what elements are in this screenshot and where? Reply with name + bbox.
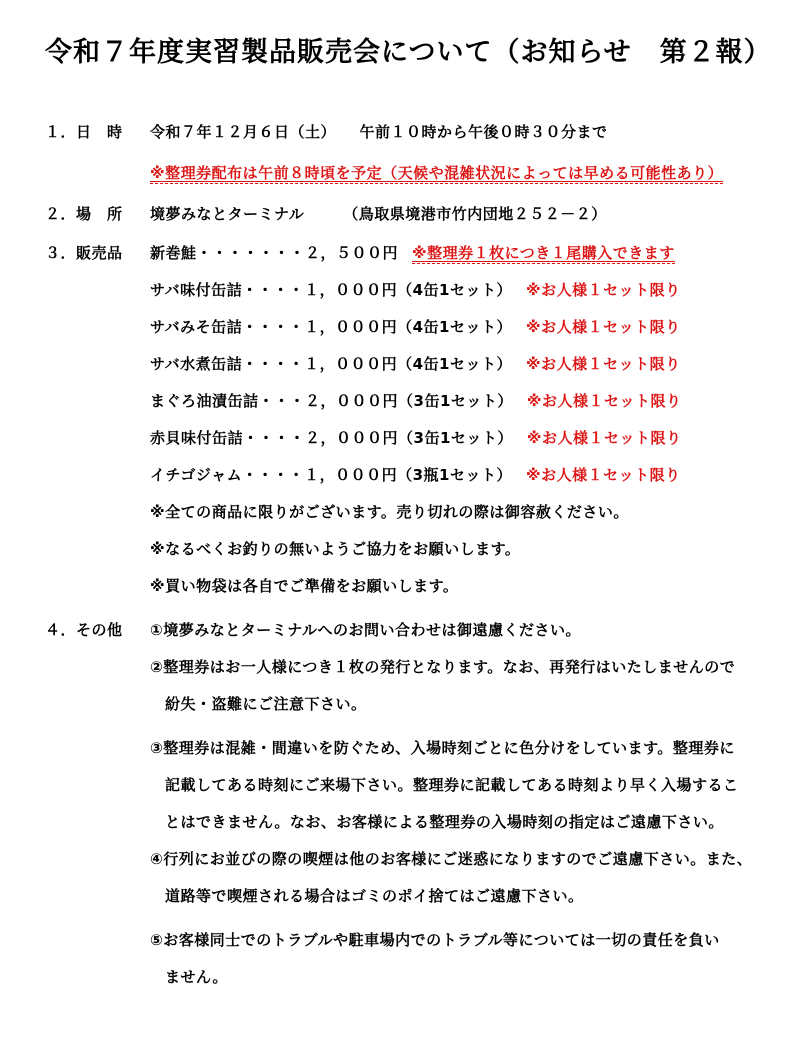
other-item-continuation-line: ません。 (150, 959, 764, 996)
section-datetime: １．日 時 令和７年１２月６日（土） 午前１０時から午後０時３０分まで ※整理券… (45, 112, 764, 194)
product-general-note: ※全ての商品に限りがございます。売り切れの際は御容赦ください。 (150, 494, 764, 531)
product-name-price: イチゴジャム・・・・１，０００円（3瓶1セット） (150, 466, 512, 484)
other-item-line: ②整理券はお一人様につき１枚の発行となります。なお、再発行はいたしませんので (150, 649, 764, 686)
section-products: ３．販売品 新巻鮭・・・・・・・２，５００円※整理券１枚につき１尾購入できます … (45, 235, 764, 605)
other-item-continuation-line: 紛失・盗難にご注意下さい。 (150, 686, 764, 723)
product-name-price: サバみそ缶詰・・・・１，０００円（4缶1セット） (150, 318, 512, 336)
product-line: イチゴジャム・・・・１，０００円（3瓶1セット）※お人様１セット限り (150, 457, 764, 494)
other-item-continuation-line: 記載してある時刻にご来場下さい。整理券に記載してある時刻より早く入場するこ (150, 767, 764, 804)
section-place-label: ２．場 所 (45, 194, 150, 235)
other-item-continuation-line: 道路等で喫煙される場合はゴミのポイ捨てはご遠慮下さい。 (150, 878, 764, 915)
other-item-line: ④行列にお並びの際の喫煙は他のお客様にご迷惑になりますのでご遠慮下さい。また、 (150, 841, 764, 878)
product-note-red-text: ※お人様１セット限り (527, 429, 682, 447)
section-place-content: 境夢みなとターミナル （鳥取県境港市竹内団地２５２－２） (150, 194, 764, 235)
product-note-red-text: ※お人様１セット限り (526, 355, 681, 373)
product-name-price: サバ味付缶詰・・・・１，０００円（4缶1セット） (150, 281, 512, 299)
other-item-line: ⑤お客様同士でのトラブルや駐車場内でのトラブル等については一切の責任を負い (150, 922, 764, 959)
other-item-continuation-line: とはできません。なお、お客様による整理券の入場時刻の指定はご遠慮下さい。 (150, 804, 764, 841)
product-note-red-text: ※お人様１セット限り (527, 392, 682, 410)
product-name-price: サバ水煮缶詰・・・・１，０００円（4缶1セット） (150, 355, 512, 373)
datetime-value: 令和７年１２月６日（土） 午前１０時から午後０時３０分まで (150, 112, 764, 153)
product-name-price: 赤貝味付缶詰・・・・２，０００円（3缶1セット） (150, 429, 513, 447)
product-note-red-text: ※お人様１セット限り (526, 318, 681, 336)
section-place: ２．場 所 境夢みなとターミナル （鳥取県境港市竹内団地２５２－２） (45, 194, 764, 235)
section-other: ４．その他 ①境夢みなとターミナルへのお問い合わせは御遠慮ください。 ②整理券は… (45, 612, 764, 996)
product-line: 赤貝味付缶詰・・・・２，０００円（3缶1セット）※お人様１セット限り (150, 420, 764, 457)
section-datetime-content: 令和７年１２月６日（土） 午前１０時から午後０時３０分まで ※整理券配布は午前８… (150, 112, 764, 194)
section-products-label: ３．販売品 (45, 235, 150, 272)
section-other-label: ４．その他 (45, 612, 150, 649)
datetime-note-line: ※整理券配布は午前８時頃を予定（天候や混雑状況によっては早める可能性あり） (150, 153, 764, 194)
product-line: サバみそ缶詰・・・・１，０００円（4缶1セット）※お人様１セット限り (150, 309, 764, 346)
product-general-notes: ※全ての商品に限りがございます。売り切れの際は御容赦ください。 ※なるべくお釣り… (150, 494, 764, 605)
section-datetime-label: １．日 時 (45, 112, 150, 153)
product-line: サバ水煮缶詰・・・・１，０００円（4缶1セット）※お人様１セット限り (150, 346, 764, 383)
place-value: 境夢みなとターミナル （鳥取県境港市竹内団地２５２－２） (150, 194, 764, 235)
product-line: まぐろ油漬缶詰・・・２，０００円（3缶1セット）※お人様１セット限り (150, 383, 764, 420)
product-general-note: ※買い物袋は各自でご準備をお願いします。 (150, 568, 764, 605)
product-line: 新巻鮭・・・・・・・２，５００円※整理券１枚につき１尾購入できます (150, 235, 764, 272)
other-item-line: ③整理券は混雑・間違いを防ぐため、入場時刻ごとに色分けをしています。整理券に (150, 730, 764, 767)
product-general-note: ※なるべくお釣りの無いようご協力をお願いします。 (150, 531, 764, 568)
product-note-red-text: ※お人様１セット限り (526, 466, 681, 484)
page-title: 令和７年度実習製品販売会について（お知らせ 第２報） (45, 36, 764, 70)
datetime-note-red-text: ※整理券配布は午前８時頃を予定（天候や混雑状況によっては早める可能性あり） (150, 164, 723, 184)
product-name-price: 新巻鮭・・・・・・・２，５００円 (150, 244, 398, 262)
other-item-line: ①境夢みなとターミナルへのお問い合わせは御遠慮ください。 (150, 612, 764, 649)
product-note-red-text: ※お人様１セット限り (526, 281, 681, 299)
notice-document-page: 令和７年度実習製品販売会について（お知らせ 第２報） １．日 時 令和７年１２月… (0, 0, 800, 1041)
product-note-red-text: ※整理券１枚につき１尾購入できます (412, 244, 675, 264)
section-products-content: 新巻鮭・・・・・・・２，５００円※整理券１枚につき１尾購入できます サバ味付缶詰… (150, 235, 764, 605)
document-body: 令和７年度実習製品販売会について（お知らせ 第２報） １．日 時 令和７年１２月… (0, 36, 800, 996)
product-line: サバ味付缶詰・・・・１，０００円（4缶1セット）※お人様１セット限り (150, 272, 764, 309)
document-content: １．日 時 令和７年１２月６日（土） 午前１０時から午後０時３０分まで ※整理券… (45, 112, 764, 996)
product-name-price: まぐろ油漬缶詰・・・２，０００円（3缶1セット） (150, 392, 513, 410)
section-other-content: ①境夢みなとターミナルへのお問い合わせは御遠慮ください。 ②整理券はお一人様につ… (150, 612, 764, 996)
